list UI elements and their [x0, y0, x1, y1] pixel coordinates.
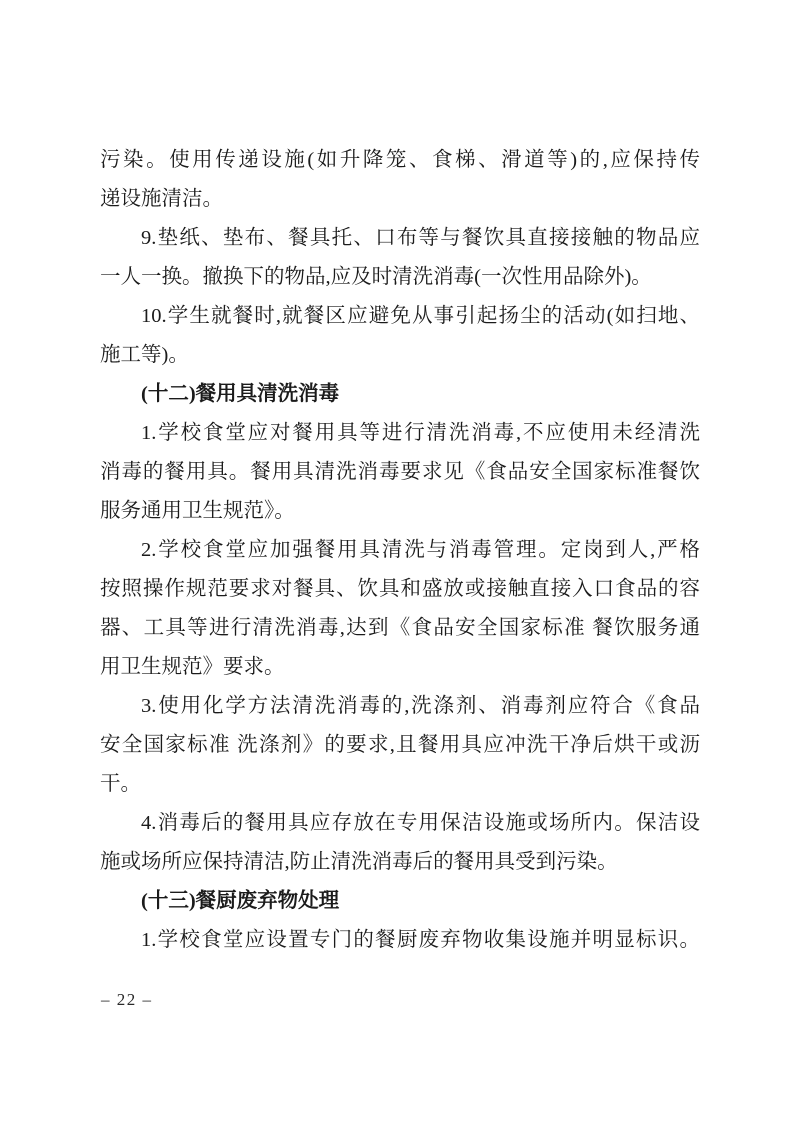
- section-heading: (十三)餐厨废弃物处理: [100, 882, 700, 921]
- text-line: 2.学校食堂应加强餐用具清洗与消毒管理。定岗到人,严格: [100, 531, 700, 570]
- text-line: 1.学校食堂应设置专门的餐厨废弃物收集设施并明显标识。: [100, 921, 700, 960]
- document-body: 污染。使用传递设施(如升降笼、食梯、滑道等)的,应保持传 递设施清洁。 9.垫纸…: [100, 141, 700, 960]
- text-line: 污染。使用传递设施(如升降笼、食梯、滑道等)的,应保持传: [100, 141, 700, 180]
- text-line: 服务通用卫生规范》。: [100, 492, 700, 531]
- text-line: 递设施清洁。: [100, 180, 700, 219]
- text-line: 干。: [100, 765, 700, 804]
- text-line: 器、工具等进行清洗消毒,达到《食品安全国家标准 餐饮服务通: [100, 609, 700, 648]
- text-line: 用卫生规范》要求。: [100, 648, 700, 687]
- text-line: 4.消毒后的餐用具应存放在专用保洁设施或场所内。保洁设: [100, 804, 700, 843]
- text-line: 按照操作规范要求对餐具、饮具和盛放或接触直接入口食品的容: [100, 570, 700, 609]
- page-number: – 22 –: [101, 988, 153, 1012]
- section-heading: (十二)餐用具清洗消毒: [100, 375, 700, 414]
- document-page: 污染。使用传递设施(如升降笼、食梯、滑道等)的,应保持传 递设施清洁。 9.垫纸…: [0, 0, 794, 1123]
- text-line: 消毒的餐用具。餐用具清洗消毒要求见《食品安全国家标准餐饮: [100, 453, 700, 492]
- text-line: 施或场所应保持清洁,防止清洗消毒后的餐用具受到污染。: [100, 843, 700, 882]
- text-line: 安全国家标准 洗涤剂》的要求,且餐用具应冲洗干净后烘干或沥: [100, 726, 700, 765]
- text-line: 1.学校食堂应对餐用具等进行清洗消毒,不应使用未经清洗: [100, 414, 700, 453]
- text-line: 施工等)。: [100, 336, 700, 375]
- text-line: 3.使用化学方法清洗消毒的,洗涤剂、消毒剂应符合《食品: [100, 687, 700, 726]
- text-line: 一人一换。撤换下的物品,应及时清洗消毒(一次性用品除外)。: [100, 258, 700, 297]
- text-line: 10.学生就餐时,就餐区应避免从事引起扬尘的活动(如扫地、: [100, 297, 700, 336]
- text-line: 9.垫纸、垫布、餐具托、口布等与餐饮具直接接触的物品应: [100, 219, 700, 258]
